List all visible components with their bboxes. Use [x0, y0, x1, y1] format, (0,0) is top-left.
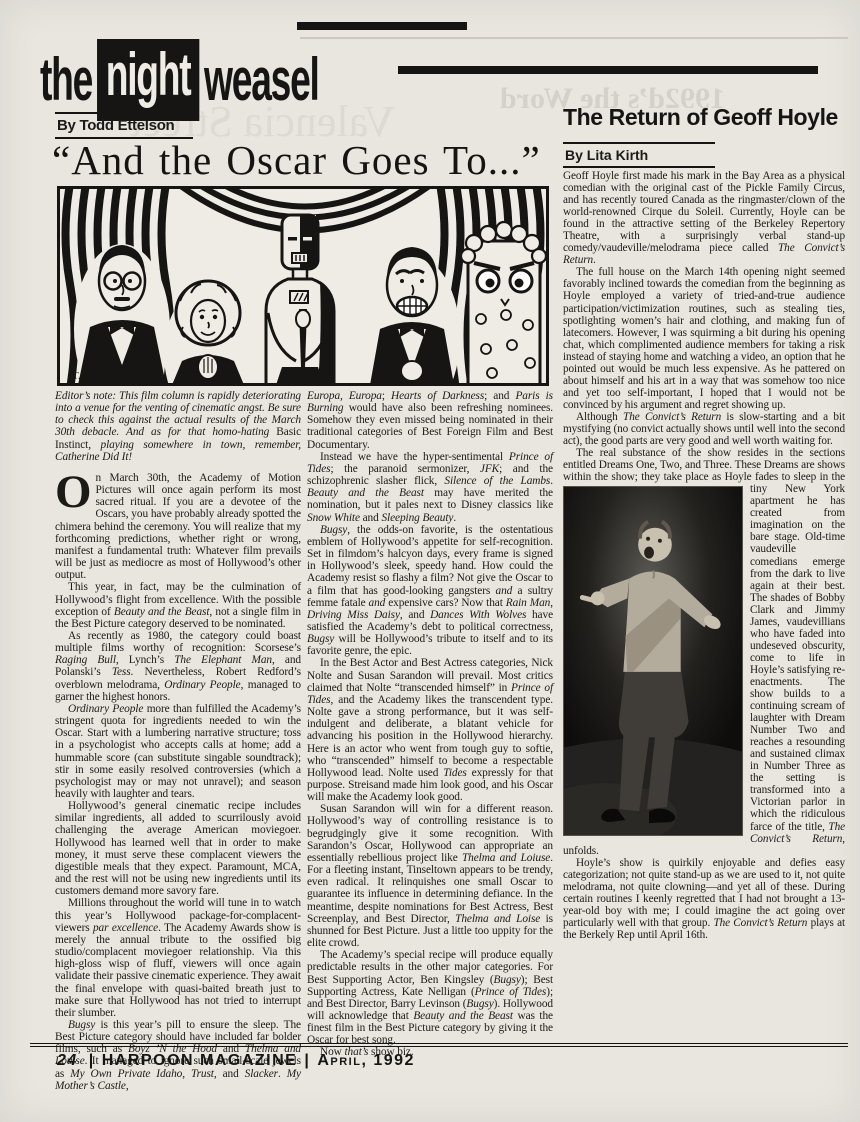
paragraph: Instead we have the hyper-sentimental Pr…: [307, 451, 553, 524]
issue-date: April, 1992: [317, 1052, 415, 1069]
paragraph: The real substance of the show resides i…: [563, 447, 845, 857]
page-number: 24: [57, 1052, 78, 1069]
article-title: “And the Oscar Goes To...”: [52, 136, 564, 184]
oscar-statue: [266, 215, 336, 383]
right-article-title: The Return of Geoff Hoyle: [563, 104, 853, 131]
blonde-woman: [164, 281, 252, 383]
byline-todd-ettelson: By Todd Ettelson: [55, 112, 193, 139]
paragraph: As recently as 1980, the category could …: [55, 630, 301, 703]
footer-divider: |: [89, 1052, 95, 1069]
paragraph: Hollywood’s general cinematic recipe inc…: [55, 800, 301, 897]
page-footer: 24|HARPOON MAGAZINE|April, 1992: [57, 1052, 415, 1070]
magazine-page: 1992d’s the Word Valencia Street the nig…: [0, 0, 860, 1122]
paragraph: Millions throughout the world will tune …: [55, 897, 301, 1019]
geoff-hoyle-photo: [563, 486, 743, 836]
paragraph: The Academy’s special recipe will produc…: [307, 949, 553, 1046]
masthead-rule: [398, 66, 818, 74]
paragraph: Susan Sarandon will win for a different …: [307, 803, 553, 949]
illustration-signature: T.: [72, 370, 81, 382]
paragraph: Hoyle’s show is quirkily enjoyable and d…: [563, 857, 845, 941]
man-with-glasses: [74, 244, 170, 383]
masthead-night-box: night: [97, 39, 199, 121]
masthead: the night weasel: [40, 38, 489, 122]
masthead-the: the: [40, 50, 92, 110]
geoff-hoyle-photo-svg: [564, 487, 742, 835]
oscar-cartoon-illustration: T.: [57, 186, 549, 386]
column-left: Editor’s note: This film column is rapid…: [55, 390, 301, 1092]
paragraph: This year, in fact, may be the culminati…: [55, 581, 301, 630]
footer-rule: [30, 1043, 848, 1047]
paragraph: In the Best Actor and Best Actress categ…: [307, 657, 553, 803]
curly-haired-figure: [461, 222, 546, 383]
masthead-weasel: weasel: [204, 50, 319, 110]
paragraph: Geoff Hoyle first made his mark in the B…: [563, 170, 845, 266]
editors-note: Editor’s note: This film column is rapid…: [55, 390, 301, 463]
column-middle: Europa, Europa; Hearts of Darkness; and …: [307, 390, 553, 1059]
oscar-ceremony-cartoon-svg: T.: [60, 189, 546, 383]
byline-lita-kirth: By Lita Kirth: [563, 142, 715, 168]
column-right: Geoff Hoyle first made his mark in the B…: [563, 170, 845, 941]
footer-divider: |: [304, 1052, 310, 1069]
magazine-name: HARPOON MAGAZINE: [102, 1052, 298, 1069]
paragraph: On March 30th, the Academy of Motion Pic…: [55, 472, 301, 581]
paragraph: The full house on the March 14th opening…: [563, 266, 845, 411]
paragraph: Although The Convict’s Return is slow-st…: [563, 411, 845, 447]
drop-cap: O: [55, 472, 95, 511]
paragraph: Ordinary People more than fulfilled the …: [55, 703, 301, 800]
paragraph: Europa, Europa; Hearts of Darkness; and …: [307, 390, 553, 451]
paragraph: Bugsy, the odds-on favorite, is the oste…: [307, 524, 553, 658]
top-rule: [297, 22, 467, 30]
